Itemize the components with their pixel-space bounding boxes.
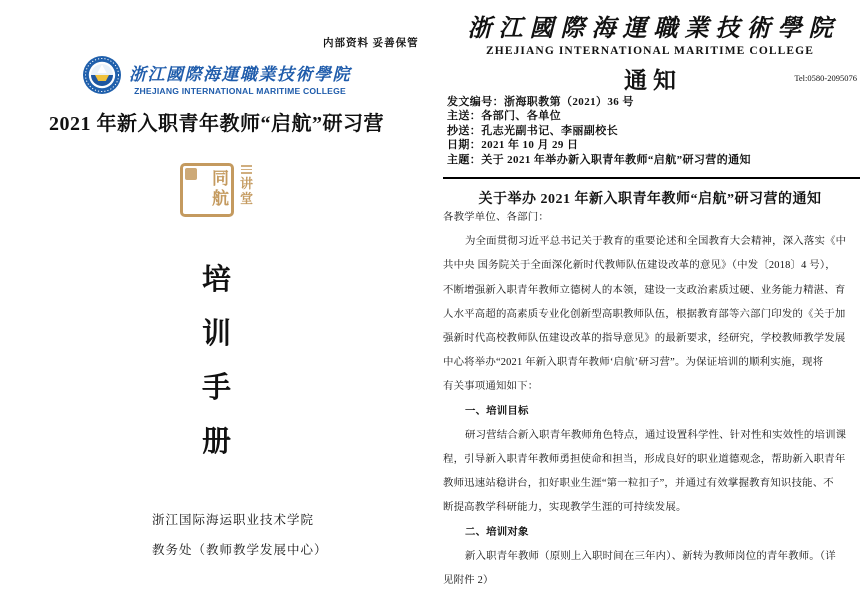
seal-side-decoration: [241, 165, 252, 174]
seal-stamp-chars: 同航: [210, 169, 227, 209]
notice-meta-block: 发文编号：浙海职教第（2021）36 号主送：各部门、各单位抄送：孔志光副书记、…: [447, 95, 751, 167]
notice-body-line: 二、培训对象: [443, 521, 859, 545]
cover-page: 内部资料 妥善保管 浙江國際海運職業技術學院 ZHEJIANG INTERNAT…: [0, 0, 433, 604]
notice-body-line: 教师迅速站稳讲台，扣好职业生涯“第一粒扣子”，并通过有效掌握教育知识技能、不: [443, 472, 859, 496]
document-spread: 内部资料 妥善保管 浙江國際海運職業技術學院 ZHEJIANG INTERNAT…: [0, 0, 867, 604]
college-emblem-icon: [82, 55, 122, 100]
notice-meta-line: 抄送：孔志光副书记、李丽副校长: [447, 124, 751, 138]
booklet-title-char: 手: [202, 374, 231, 403]
notice-body-line: 不断增强新入职青年教师立德树人的本领，建设一支政治素质过硬、业务能力精湛、育: [443, 279, 859, 303]
seal-side-char: 讲: [240, 177, 253, 191]
notice-body-line: 程，引导新入职青年教师勇担使命和担当，形成良好的职业道德观念，帮助新入职青年: [443, 448, 859, 472]
notice-meta-line: 日期：2021 年 10 月 29 日: [447, 138, 751, 152]
cover-title: 2021 年新入职青年教师“启航”研习营: [0, 107, 433, 136]
booklet-title-char: 训: [202, 320, 231, 349]
telephone-number: Tel:0580-2095076: [794, 73, 857, 83]
notice-meta-line: 主送：各部门、各单位: [447, 109, 751, 123]
booklet-title-char: 培: [202, 266, 231, 295]
college-name-en: ZHEJIANG INTERNATIONAL MARITIME COLLEGE: [129, 86, 351, 96]
seal-side-char: 堂: [240, 192, 253, 206]
cover-footer-line: 浙江国际海运职业技术学院: [152, 505, 328, 535]
notice-body-line: 共中央 国务院关于全面深化新时代教师队伍建设改革的意见》（中发〔2018〕4 号…: [443, 254, 859, 278]
seal-corner-mark: [185, 168, 197, 180]
seal-side-chars: 讲堂: [240, 177, 253, 207]
notice-body-line: 见附件 2）: [443, 569, 859, 593]
seal-area: 同航 讲堂: [0, 163, 433, 217]
notice-body-line: 有关事项通知如下：: [443, 375, 859, 399]
college-name-block: 浙江國際海運職業技術學院 ZHEJIANG INTERNATIONAL MARI…: [129, 60, 351, 96]
notice-college-name-cn: 浙江國際海運職業技術學院: [433, 8, 867, 43]
notice-body-line: 各教学单位、各部门：: [443, 206, 859, 230]
cover-footer-line: 教务处（教师教学发展中心）: [152, 535, 328, 565]
booklet-title-char: 册: [202, 428, 231, 457]
college-name-cn: 浙江國際海運職業技術學院: [129, 60, 351, 85]
notice-document-title: 关于举办 2021 年新入职青年教师“启航”研习营的通知: [433, 188, 867, 208]
notice-page: 浙江國際海運職業技術學院 ZHEJIANG INTERNATIONAL MARI…: [433, 0, 867, 604]
college-brand: 浙江國際海運職業技術學院 ZHEJIANG INTERNATIONAL MARI…: [0, 55, 433, 100]
notice-body-line: 强新时代高校教师队伍建设改革的指导意见》的最新要求，经研究，学校教师教学发展: [443, 327, 859, 351]
notice-body-line: 一、培训目标: [443, 400, 859, 424]
notice-meta-line: 发文编号：浙海职教第（2021）36 号: [447, 95, 751, 109]
notice-body-line: 为全面贯彻习近平总书记关于教育的重要论述和全国教育大会精神，深入落实《中: [443, 230, 859, 254]
notice-body-line: 中心将举办“2021 年新入职青年教师‘启航’研习营”。为保证培训的顺利实施，现…: [443, 351, 859, 375]
notice-meta-line: 主题：关于 2021 年举办新入职青年教师“启航”研习营的通知: [447, 153, 751, 167]
seal-stamp: 同航: [180, 163, 234, 217]
header-divider: [443, 177, 860, 179]
notice-body-line: 人水平高超的高素质专业化创新型高职教师队伍，根据教育部等六部门印发的《关于加: [443, 303, 859, 327]
notice-body: 各教学单位、各部门：为全面贯彻习近平总书记关于教育的重要论述和全国教育大会精神，…: [443, 206, 859, 593]
tonghang-seal-icon: 同航 讲堂: [180, 163, 253, 217]
notice-body-line: 新入职青年教师（原则上入职时间在三年内）、新转为教师岗位的青年教师。（详: [443, 545, 859, 569]
cover-footer: 浙江国际海运职业技术学院教务处（教师教学发展中心）: [152, 505, 328, 565]
notice-heading-row: 通知 Tel:0580-2095076: [433, 62, 867, 96]
notice-body-line: 断提高教学科研能力，实现教学生涯的可持续发展。: [443, 496, 859, 520]
notice-college-name-en: ZHEJIANG INTERNATIONAL MARITIME COLLEGE: [433, 45, 867, 57]
confidential-note: 内部资料 妥善保管: [323, 35, 419, 50]
booklet-title-vertical: 培训手册: [0, 266, 433, 457]
notice-body-line: 研习营结合新入职青年教师角色特点，通过设置科学性、针对性和实效性的培训课: [443, 424, 859, 448]
seal-side-column: 讲堂: [240, 163, 253, 217]
